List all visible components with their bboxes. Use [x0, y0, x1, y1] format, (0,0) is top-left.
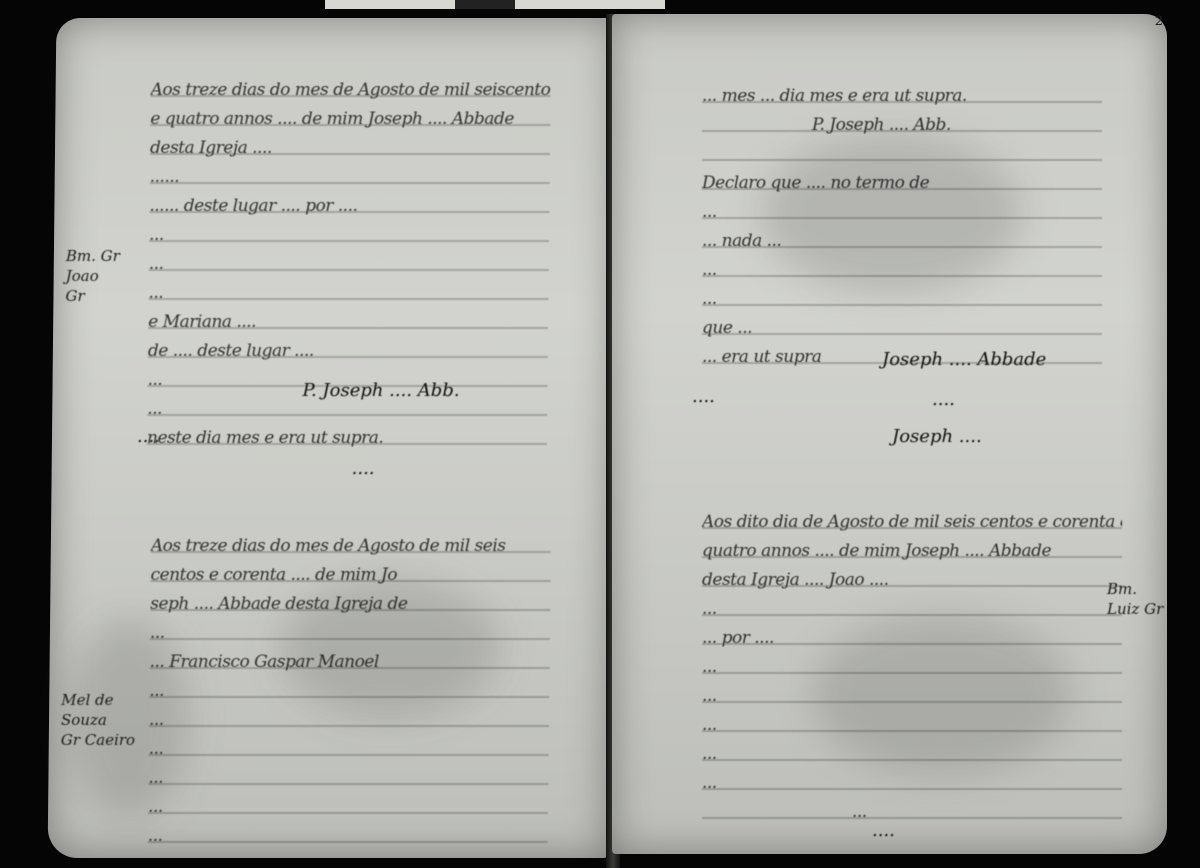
text-line: e Mariana ....	[148, 312, 548, 341]
text-line: ...	[702, 773, 1122, 802]
text-line: Aos treze dias do mes de Agosto de mil s…	[151, 536, 551, 565]
text-line: ...	[149, 710, 549, 739]
left-page: Aos treze dias do mes de Agosto de mil s…	[48, 18, 617, 858]
text-line: ...	[149, 739, 549, 768]
entry-1-text: ... mes ... dia mes e era ut supra. P. J…	[702, 86, 1102, 376]
text-line: e quatro annos .... de mim Joseph .... A…	[150, 109, 550, 138]
text-line: ...	[702, 686, 1122, 715]
text-line: ...	[149, 225, 549, 254]
text-line: Aos treze dias do mes de Agosto de mil s…	[150, 80, 550, 109]
text-line: quatro annos .... de mim Joseph .... Abb…	[702, 541, 1122, 570]
text-line: P. Joseph .... Abb.	[702, 115, 1102, 144]
right-page: 2 ... mes ... dia mes e era ut supra. P.…	[612, 14, 1167, 854]
text-line: ...	[702, 260, 1102, 289]
text-line: ...	[702, 657, 1122, 686]
text-line: ...	[702, 744, 1122, 773]
priest-signature: P. Joseph .... Abb.	[302, 380, 459, 401]
text-line: ...	[148, 826, 548, 855]
folio-number: 2	[1155, 14, 1163, 29]
text-line: ...	[702, 202, 1102, 231]
witness-signature: Joseph ....	[892, 426, 982, 447]
text-line: centos e corenta .... de mim Jo	[150, 565, 550, 594]
text-line: desta Igreja ....	[150, 138, 550, 167]
text-line: que ...	[702, 318, 1102, 347]
text-line: ...	[147, 399, 547, 428]
text-line: desta Igreja .... Joao ....	[702, 570, 1122, 599]
priest-signature: Joseph .... Abbade	[882, 349, 1046, 370]
text-line: ...	[702, 599, 1122, 628]
text-line: de .... deste lugar ....	[148, 341, 548, 370]
margin-note: Bm. Luiz Gr	[1107, 579, 1163, 619]
text-line: seph .... Abbade desta Igreja de	[150, 594, 550, 623]
text-line: ...	[148, 797, 548, 826]
text-line: ... nada ...	[702, 231, 1102, 260]
text-line: ......	[150, 167, 550, 196]
text-line: ...	[702, 715, 1122, 744]
text-line: Declaro que .... no termo de	[702, 173, 1102, 202]
text-line: ...	[148, 283, 548, 312]
text-line: ...... deste lugar .... por ....	[149, 196, 549, 225]
text-line: ... mes ... dia mes e era ut supra.	[702, 86, 1102, 115]
entry-2-text: Aos treze dias do mes de Agosto de mil s…	[148, 536, 551, 855]
witness-signature: ....	[692, 386, 715, 407]
text-line: ... Francisco Gaspar Manoel	[149, 652, 549, 681]
entry-2-text: Aos dito dia de Agosto de mil seis cento…	[702, 512, 1122, 831]
text-line: ... por ....	[702, 628, 1122, 657]
text-line: ...	[149, 681, 549, 710]
scan-edge-marker	[455, 0, 515, 9]
text-line: ...	[150, 623, 550, 652]
margin-note: Bm. Gr Joao Gr	[65, 246, 120, 306]
text-line: ...	[149, 254, 549, 283]
witness-signature: ....	[872, 820, 895, 841]
text-line: ...	[148, 768, 548, 797]
witness-signature: ....	[932, 389, 955, 410]
witness-signature: ....	[352, 458, 375, 479]
text-line: ...	[702, 289, 1102, 318]
witness-signature: ....	[137, 426, 160, 447]
text-line	[702, 144, 1102, 173]
text-line: Aos dito dia de Agosto de mil seis cento…	[702, 512, 1122, 541]
text-line: ...	[702, 802, 1122, 831]
text-line: neste dia mes e era ut supra.	[147, 428, 547, 457]
margin-note: Mel de Souza Gr Caeiro	[61, 690, 136, 750]
